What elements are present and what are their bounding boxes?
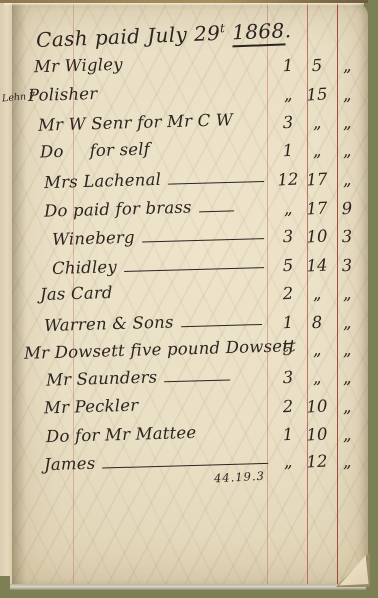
amount-pounds: „: [272, 198, 305, 219]
amount-pounds: 12: [272, 169, 305, 190]
ledger-row: Wineberg 3 10 3: [0, 227, 378, 253]
amount-pence: „: [334, 55, 361, 75]
amount-pounds: 1: [272, 424, 305, 445]
ledger-row: Jas Card 2 „ „: [0, 284, 378, 310]
amount-shillings: 17: [302, 198, 333, 219]
ledger-row: Mrs Lachenal 12 17 „: [0, 170, 378, 196]
amount-shillings: 10: [302, 396, 333, 417]
entry-name: James: [44, 454, 96, 474]
amount-pounds: „: [272, 451, 305, 472]
ledger-row: Mr Wigley 1 5 „: [0, 56, 378, 82]
entry-rule-line: [102, 463, 268, 469]
amount-shillings: 14: [302, 255, 333, 276]
ledger-row: Mr Dowsett five pound Dowsett 5 „ „: [0, 340, 378, 366]
entry-name: Do: [40, 142, 64, 162]
header-period: .: [284, 18, 292, 42]
amount-pence: „: [334, 339, 361, 359]
amount-pence: „: [334, 112, 361, 132]
entry-name: Do for Mr Mattee: [46, 423, 197, 446]
entry-name: Jas Card: [40, 283, 113, 304]
amount-pence: „: [334, 451, 361, 471]
entry-name: Wineberg: [52, 228, 135, 249]
amount-shillings: 8: [302, 312, 333, 333]
amount-shillings: „: [302, 367, 333, 388]
amount-pence: „: [334, 396, 361, 416]
page-bottom-edges: [6, 584, 366, 590]
entry-rule-line: [124, 267, 264, 272]
scanned-ledger-photo: Cash paid July 29t 1868. Lehn 7 Mr Wigle…: [0, 0, 378, 598]
amount-pence: „: [334, 84, 361, 104]
amount-shillings: 15: [302, 84, 333, 105]
amount-pence: „: [334, 367, 361, 387]
folded-corner: [334, 549, 370, 587]
ledger-row: Mr W Senr for Mr C W 3 „ „: [0, 113, 378, 139]
entry-rule-line: [142, 238, 264, 242]
amount-shillings: „: [302, 112, 333, 133]
amount-pence: „: [334, 424, 361, 444]
running-total-note: 44.19.3: [214, 469, 266, 486]
amount-shillings: 10: [302, 424, 333, 445]
ledger-row: Mr Saunders 3 „ „: [0, 368, 378, 394]
amount-pounds: 2: [272, 396, 305, 417]
ledger-row: Chidley 5 14 3: [0, 256, 378, 282]
amount-pounds: 5: [272, 339, 305, 360]
entry-rule-line: [168, 181, 264, 185]
ledger-row: Polisher „ 15 „: [0, 85, 378, 111]
header-year: 1868: [232, 18, 285, 47]
amount-shillings: 5: [302, 55, 333, 76]
amount-pounds: 1: [272, 312, 305, 333]
amount-pence: 3: [334, 226, 361, 246]
amount-pounds: 2: [272, 283, 305, 304]
entry-name: Do paid for brass: [44, 198, 192, 221]
amount-pence: „: [334, 169, 361, 189]
header-superscript: t: [220, 21, 226, 35]
entry-name: Mr W Senr for Mr C W: [38, 110, 234, 134]
folded-corner-flap: [334, 549, 370, 587]
amount-pence: 9: [334, 198, 361, 218]
ledger-row: Mr Peckler 2 10 „: [0, 397, 378, 423]
ledger-row: Do for Mr Mattee 1 10 „: [0, 425, 378, 451]
entry-rule-line: [199, 210, 234, 212]
ledger-row: Do for self 1 „ „: [0, 141, 378, 167]
entry-name: Chidley: [52, 257, 117, 278]
amount-pence: 3: [334, 255, 361, 275]
amount-pounds: 5: [272, 255, 305, 276]
amount-shillings: 10: [302, 226, 333, 247]
amount-pence: „: [334, 140, 361, 160]
amount-pounds: „: [272, 84, 305, 105]
amount-shillings: 12: [302, 451, 333, 472]
amount-pounds: 1: [272, 140, 305, 161]
page-top-highlight: [4, 3, 364, 6]
background-corner: [0, 576, 10, 598]
amount-pounds: 3: [272, 367, 305, 388]
amount-pounds: 3: [272, 226, 305, 247]
entry-name-part2: for self: [89, 139, 150, 160]
amount-pounds: 1: [272, 55, 305, 76]
entry-name: Mr Peckler: [44, 396, 139, 418]
entry-rule-line: [181, 324, 262, 327]
ledger-row: Do paid for brass „ 17 9: [0, 199, 378, 225]
amount-shillings: „: [302, 140, 333, 161]
entry-name: Mr Dowsett five pound Dowsett: [24, 336, 296, 363]
entry-name: Mrs Lachenal: [44, 170, 162, 192]
amount-shillings: 17: [302, 169, 333, 190]
amount-pence: „: [334, 312, 361, 332]
amount-shillings: „: [302, 339, 333, 360]
entry-name: Mr Wigley: [34, 55, 123, 76]
amount-pence: „: [334, 283, 361, 303]
ledger-row: James „ 12 „: [0, 452, 378, 478]
entry-name: Polisher: [28, 84, 98, 105]
ledger-row: Warren & Sons 1 8 „: [0, 313, 378, 339]
entry-name: Mr Saunders: [46, 367, 158, 389]
amount-shillings: „: [302, 283, 333, 304]
entry-name: Warren & Sons: [44, 312, 174, 335]
amount-pounds: 3: [272, 112, 305, 133]
entry-rule-line: [164, 379, 230, 382]
